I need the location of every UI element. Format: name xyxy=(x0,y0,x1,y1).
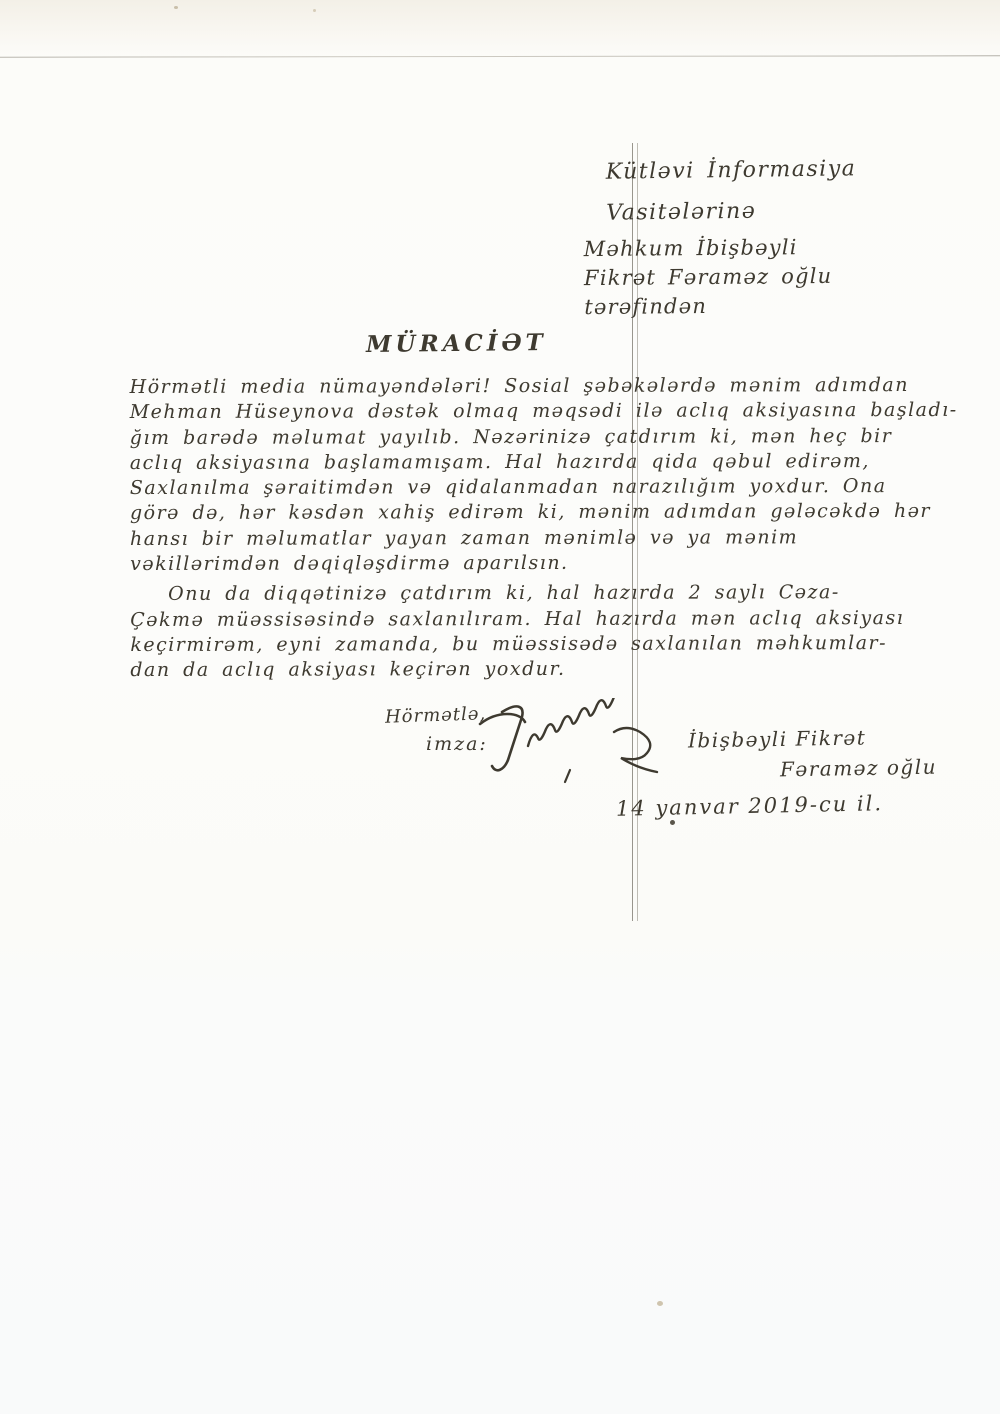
body-line: Çəkmə müəssisəsində saxlanılıram. Hal ha… xyxy=(130,606,920,633)
scan-speck xyxy=(313,9,316,12)
scan-speck xyxy=(657,1301,663,1306)
letter-date: 14 yanvar 2019-cu il. xyxy=(616,791,883,821)
sender-line: Məhkum İbişbəyli xyxy=(584,233,833,264)
body-paragraph: Hörmətli media nümayəndələri! Sosial şəb… xyxy=(130,373,921,577)
sender-line: tərəfindən xyxy=(584,291,833,322)
body-line: görə də, hər kəsdən xahiş edirəm ki, mən… xyxy=(130,499,920,526)
signature-scrawl xyxy=(468,698,683,788)
body-line: dan da aclıq aksiyası keçirən yoxdur. xyxy=(130,656,920,683)
body-line: Hörmətli media nümayəndələri! Sosial şəb… xyxy=(130,373,920,400)
sender-block: Məhkum İbişbəyli Fikrət Fəraməz oğlu tər… xyxy=(584,233,833,322)
body-paragraph: Onu da diqqətinizə çatdırım ki, hal hazı… xyxy=(130,580,920,683)
horizontal-scan-line xyxy=(0,55,1000,57)
body-line: aclıq aksiyasına başlamamışam. Hal hazır… xyxy=(130,449,920,476)
scanned-letter-page: Kütləvi İnformasiya Vasitələrinə Məhkum … xyxy=(0,0,1000,1414)
body-line: hansı bir məlumatlar yayan zaman mənimlə… xyxy=(130,525,920,552)
scan-speck xyxy=(174,6,178,9)
scan-speck xyxy=(670,820,675,825)
letter-body: Hörmətli media nümayəndələri! Sosial şəb… xyxy=(130,373,921,684)
body-line: Mehman Hüseynova dəstək olmaq məqsədi il… xyxy=(130,398,920,425)
body-line: keçirmirəm, eyni zamanda, bu müəssisədə … xyxy=(130,631,920,658)
recipient-block: Kütləvi İnformasiya Vasitələrinə xyxy=(605,148,857,233)
sender-line: Fikrət Fəraməz oğlu xyxy=(584,262,833,293)
recipient-line: Vasitələrinə xyxy=(606,189,857,233)
letter-title: MÜRACİƏT xyxy=(366,329,547,358)
body-line: Onu da diqqətinizə çatdırım ki, hal hazı… xyxy=(130,580,920,607)
body-line: Saxlanılma şəraitimdən və qidalanmadan n… xyxy=(130,474,920,501)
signatory-name-line: İbişbəyli Fikrət xyxy=(688,725,867,752)
signatory-name-line: Fəraməz oğlu xyxy=(780,755,937,782)
recipient-line: Kütləvi İnformasiya xyxy=(605,148,856,192)
body-line: ğım barədə məlumat yayılıb. Nəzərinizə ç… xyxy=(130,424,920,451)
body-line: vəkillərimdən dəqiqləşdirmə aparılsın. xyxy=(130,550,920,577)
